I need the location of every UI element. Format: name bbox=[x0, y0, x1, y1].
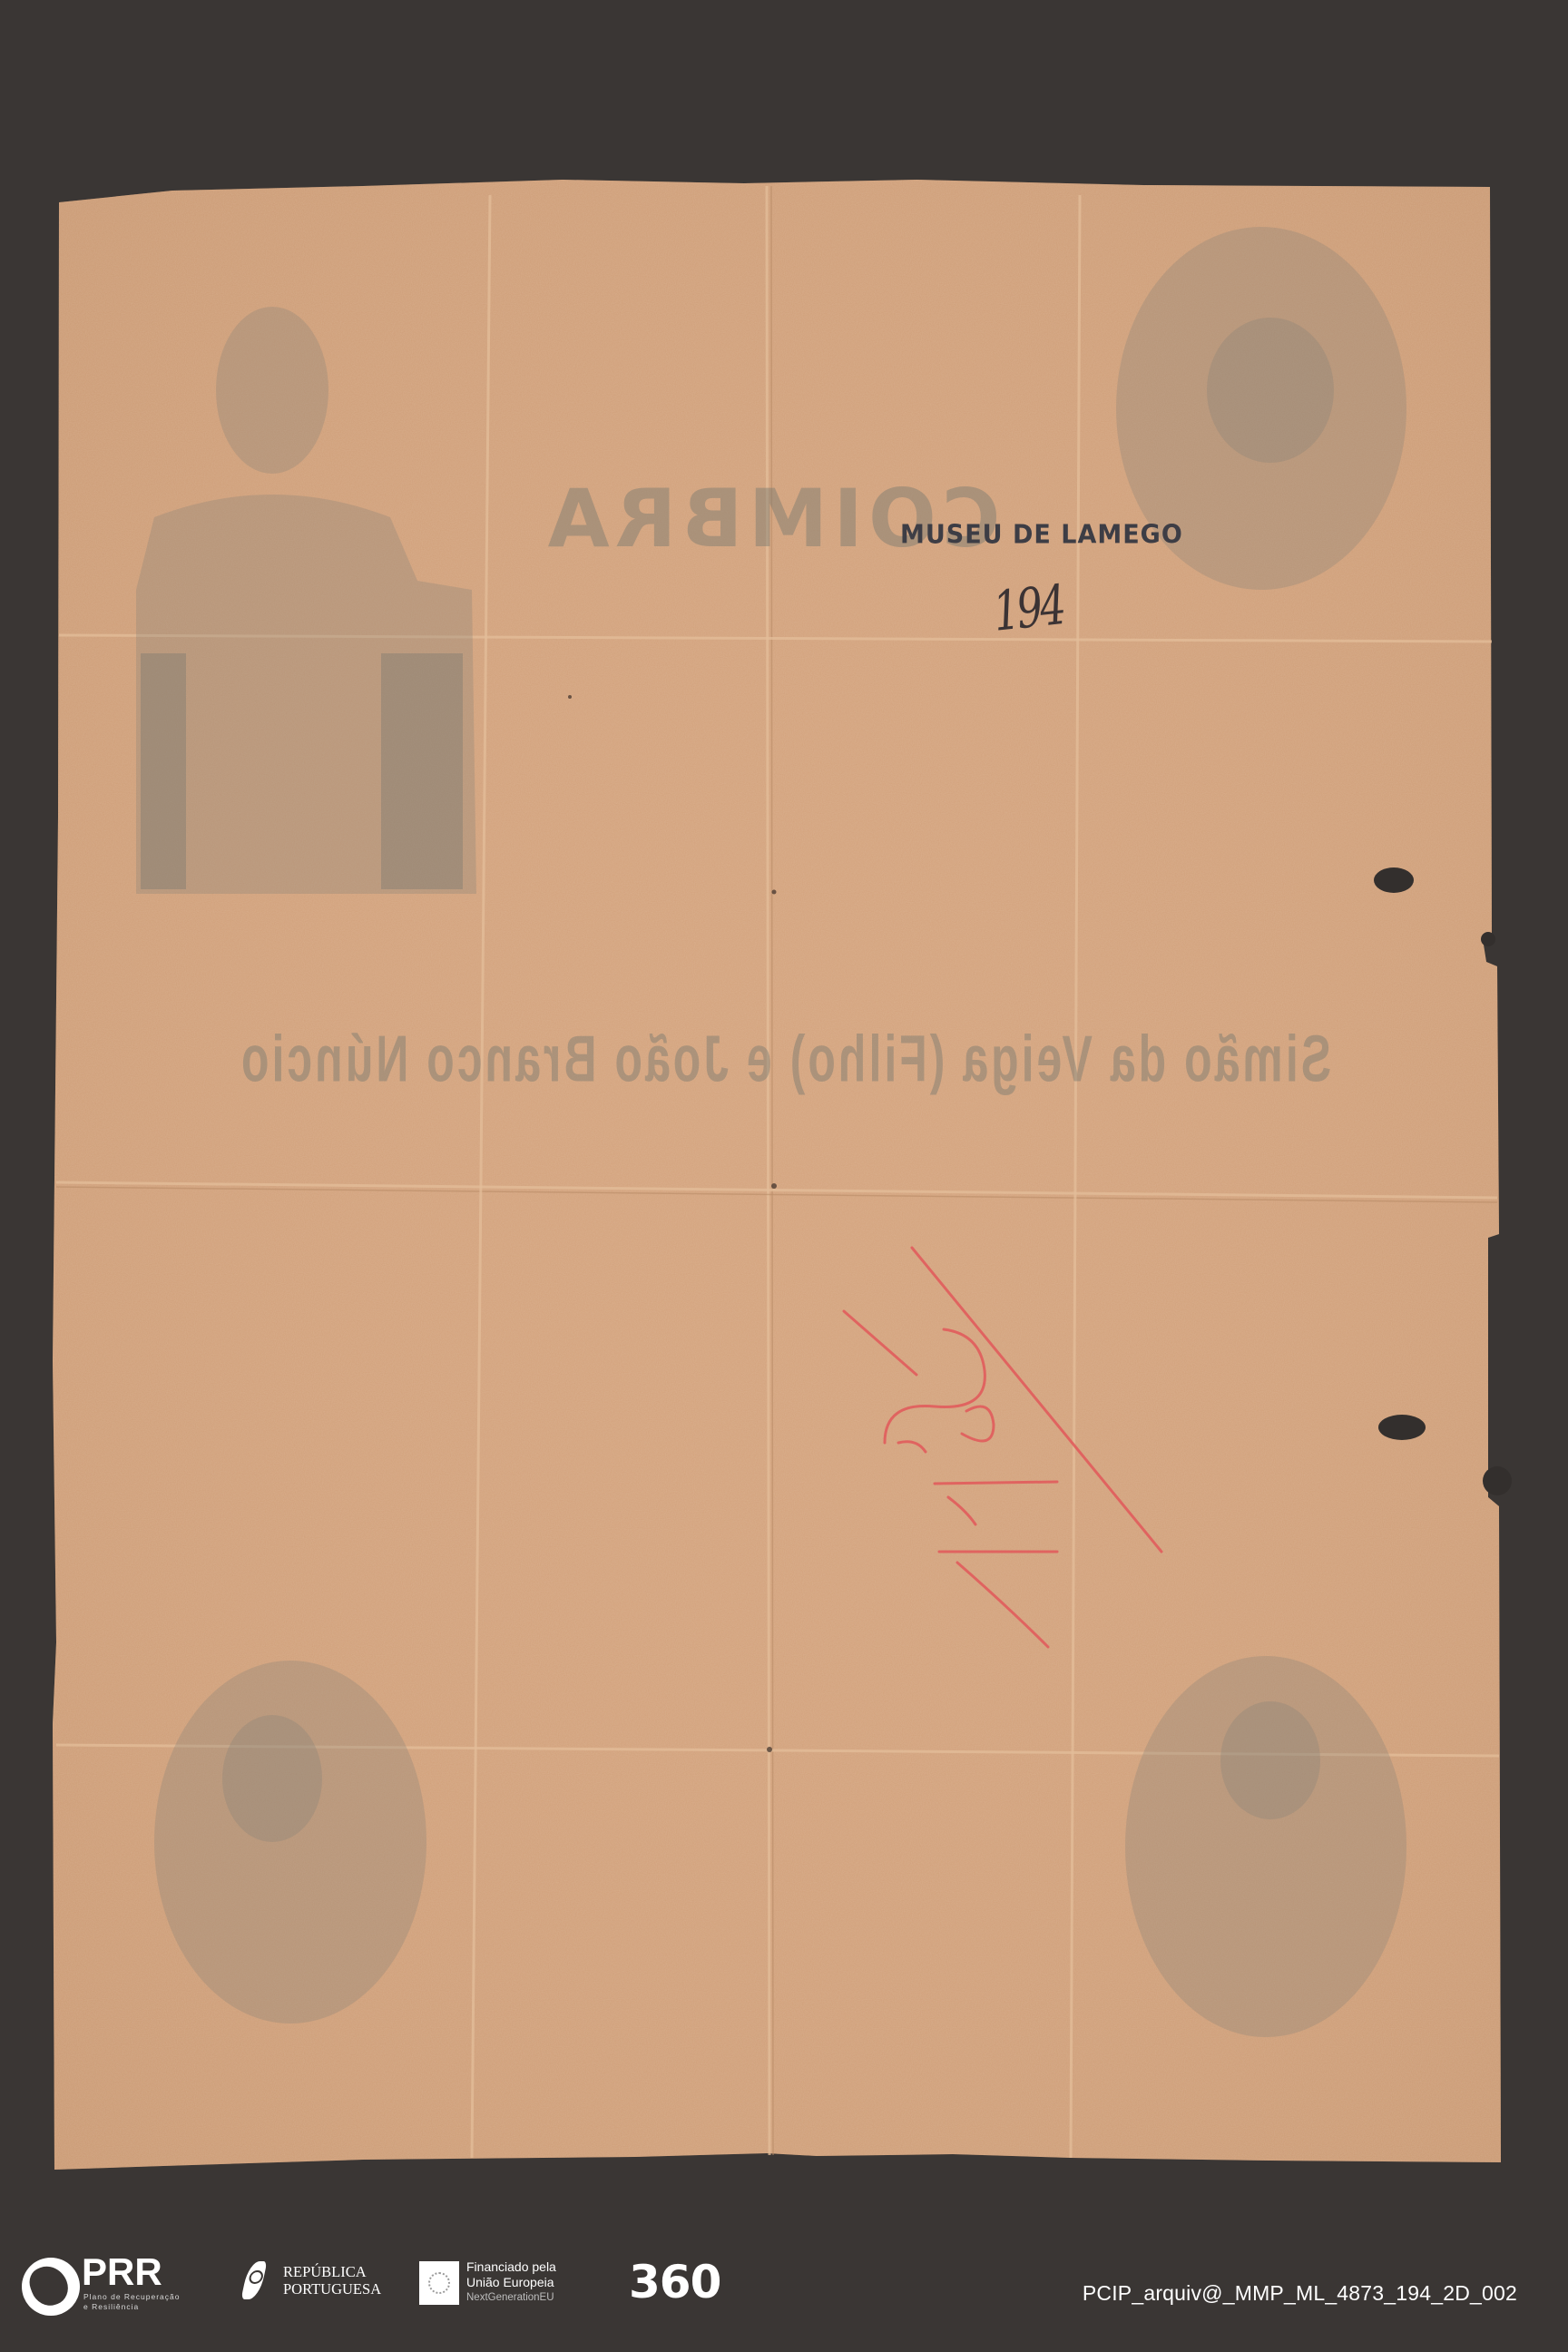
handwritten-inventory-number: 194 bbox=[990, 573, 1066, 644]
logo-360: 360 bbox=[629, 2256, 720, 2308]
eu-flag-icon bbox=[419, 2261, 459, 2305]
eu-line-1: Financiado pela bbox=[466, 2259, 612, 2275]
ghost-title-coimbra: COIMBRA bbox=[535, 472, 1007, 565]
portuguesa-line: PORTUGUESA bbox=[283, 2280, 410, 2298]
eu-stars-icon bbox=[428, 2272, 450, 2294]
ghost-portrait-bottom-left bbox=[154, 1661, 426, 2024]
eu-line-3: NextGenerationEU bbox=[466, 2290, 612, 2306]
prr-circle-icon bbox=[22, 2258, 80, 2316]
prr-subtitle: Plano de Recuperação e Resiliência bbox=[83, 2292, 192, 2312]
republica-line: REPÚBLICA bbox=[283, 2263, 410, 2280]
prr-wordmark: PRR bbox=[82, 2250, 162, 2294]
red-pencil-mark bbox=[799, 1225, 1180, 1661]
museum-stamp: MUSEU DE LAMEGO bbox=[900, 520, 1183, 550]
ghost-portrait-bottom-right bbox=[1125, 1656, 1406, 2037]
ghost-caption-names: Simão da Veiga (Filho) e João Branco Nún… bbox=[154, 1021, 1416, 1097]
document-sheet bbox=[0, 0, 1568, 2352]
portuguese-emblem-icon bbox=[241, 2261, 268, 2299]
footer-logo-strip: PRR Plano de Recuperação e Resiliência R… bbox=[0, 2196, 1568, 2352]
archive-identifier: PCIP_arquiv@_MMP_ML_4873_194_2D_002 bbox=[1083, 2281, 1517, 2306]
eu-line-2: União Europeia bbox=[466, 2275, 612, 2290]
